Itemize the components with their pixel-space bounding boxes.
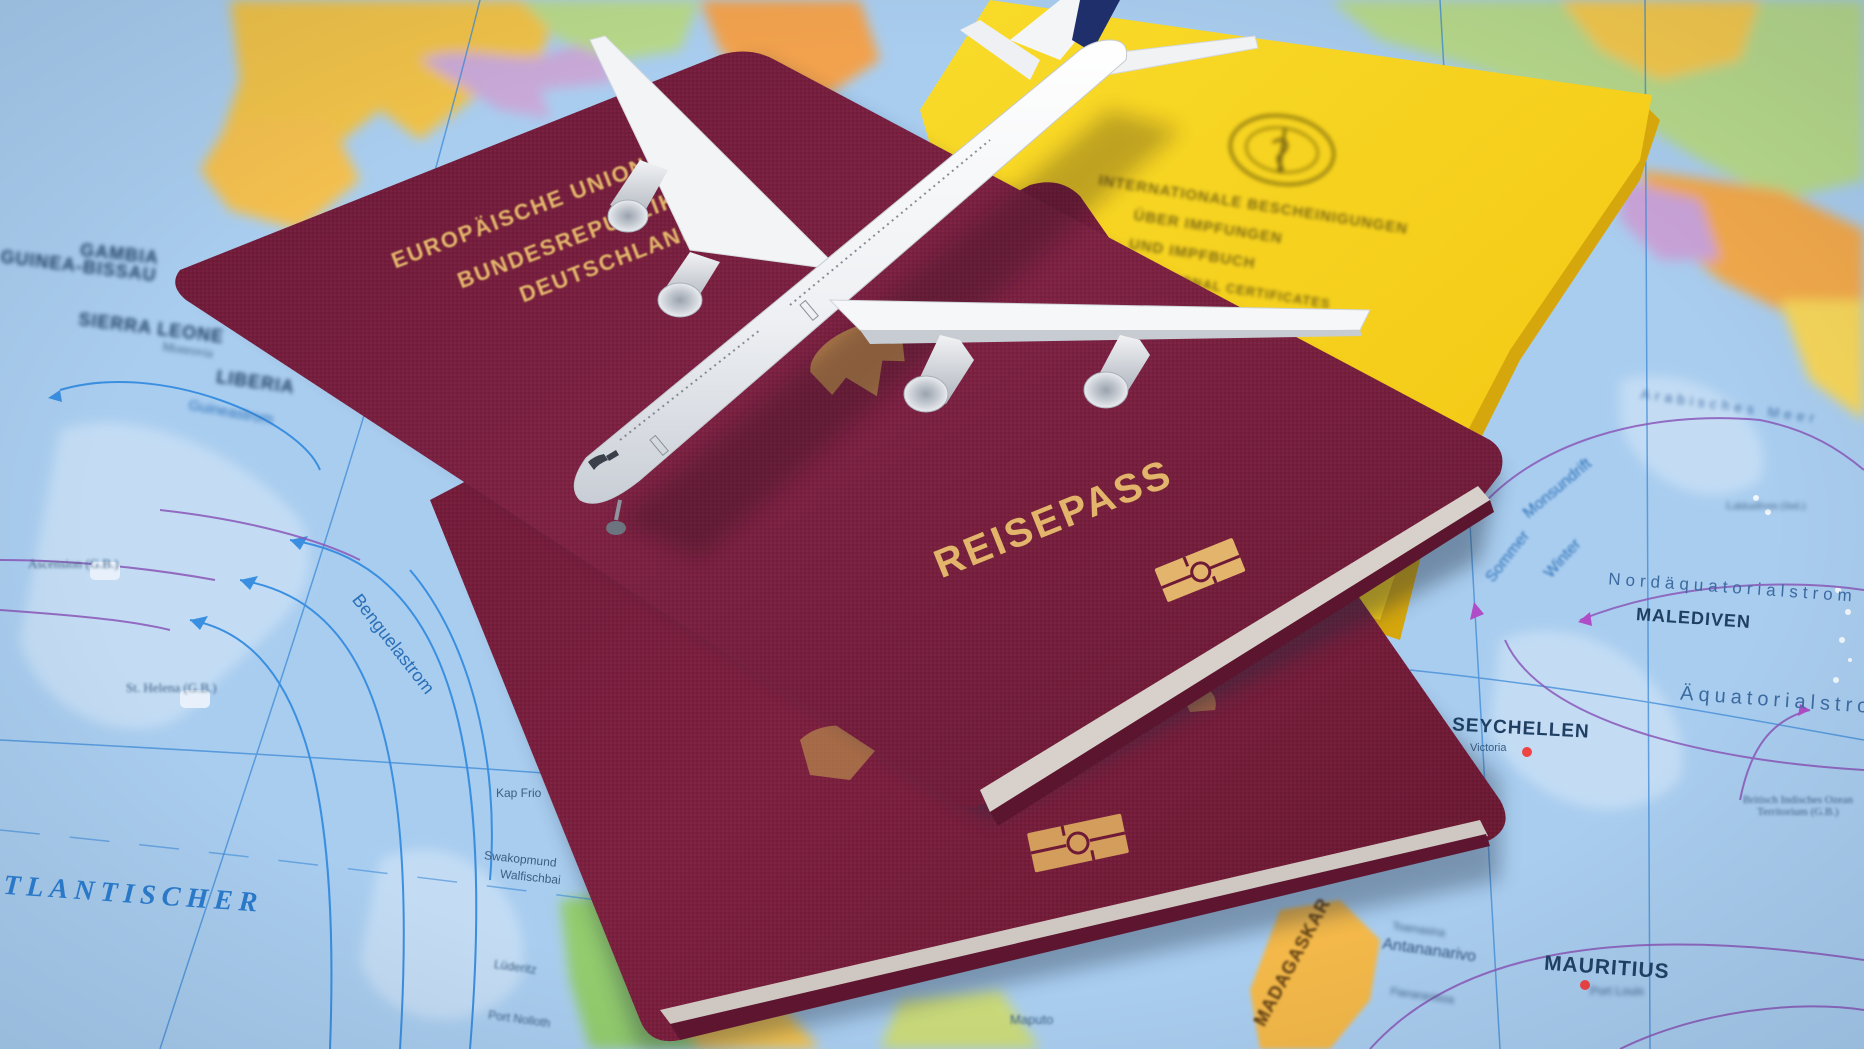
- model-airplane: [0, 0, 1864, 1049]
- photo-scene: GAMBIA GUINEA-BISSAU SIERRA LEONE LIBERI…: [0, 0, 1864, 1049]
